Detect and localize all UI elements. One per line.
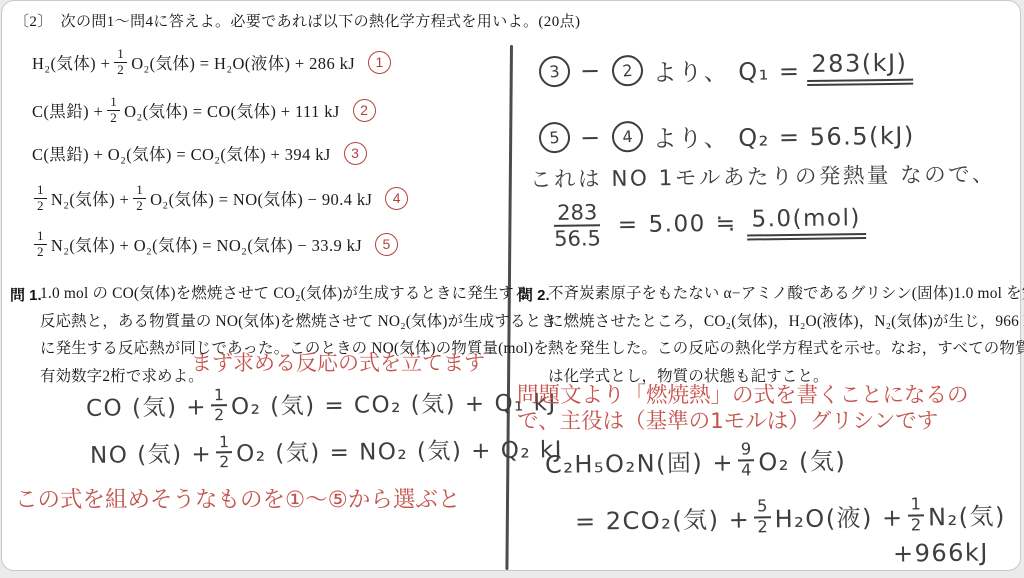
problem1-line: 1.0 mol の CO(気体)を燃焼させて CO₂(気体)が生成するときに発生… [40,280,557,308]
hw-calc-mol: 28356.5 = 5.00 ≒ 5.0(mol) [547,197,867,251]
problem1-line: 反応熱と，ある物質量の NO(気体)を燃焼させて NO₂(気体)が生成するとき [40,308,557,336]
hw-co-lead: CO (気) + [86,389,207,423]
hw-glycine-fraction-94: 94 [738,440,755,480]
hw-co-fraction: 12 [211,386,227,424]
eq4-fraction-2: 12 [133,183,146,214]
eq2-rest: O₂(気体) = CO(気体) + 111 kJ [124,98,340,122]
problem2-line: に燃焼させたところ，CO₂(気体)，H₂O(液体)，N₂(気体)が生じ，966 … [548,308,1024,336]
hw-glycine-lhs-rest: O₂ (気) [758,441,846,477]
eq1-number-icon: 1 [368,51,391,74]
hw-glycine-fraction-52: 52 [754,497,771,537]
hw-q1-result: 283(kJ) [806,49,912,86]
hw-mol-result: 5.0(mol) [746,205,866,240]
hw-glycine-fraction-12: 12 [907,495,924,535]
hw-calc-q1-mid: より、 Q₁ = [652,51,800,88]
red-annotation-setup: まず求める反応の式を立てます [191,347,485,377]
hw-approx: ≒ [716,211,737,237]
eq1-lead: H₂(気体) + [32,50,110,74]
worksheet-page: 〔2〕 次の問1〜問4に答えよ。必要であれば以下の熱化学方程式を用いよ。(20点… [1,0,1021,571]
hw-glycine-lead: C₂H₅O₂N(固) + [545,443,734,480]
hw-no-equation: NO (気) + 12 O₂ (気) = NO₂ (気) + Q₂ kJ [90,429,563,473]
problem2-line: 不斉炭素原子をもたない α−アミノ酸であるグリシン(固体)1.0 mol を完全 [548,280,1024,308]
eq1-rest: O₂(気体) = H₂O(液体) + 286 kJ [131,50,355,74]
worksheet-photo: { "header": { "title": "〔2〕 次の問1〜問4に答えよ。… [0,0,1024,578]
eq5-rest: N₂(気体) + O₂(気体) = NO₂(気体) − 33.9 kJ [51,232,362,256]
hw-minus: − [580,56,602,84]
hw-circle-5-icon: 5 [538,121,571,154]
hw-glycine-rhs-mid: H₂O(液) + [774,498,903,535]
eq5-number-icon: 5 [375,233,398,256]
hw-glycine-lhs: C₂H₅O₂N(固) + 94 O₂ (気) [545,439,847,482]
hw-co-rest: O₂ (気) = CO₂ (気) + Q₁ kJ [231,385,557,422]
eq2-lead: C(黒鉛) + [32,98,103,122]
hw-note-per-mol: これは NO 1モルあたりの発熱量 なので、 [530,157,996,194]
hw-minus: − [580,123,602,151]
problem2-text: 不斉炭素原子をもたない α−アミノ酸であるグリシン(固体)1.0 mol を完全… [548,280,1024,390]
hw-glycine-rhs-rest: N₂(気) [928,497,1006,533]
hw-glycine-rhs-lead: = 2CO₂(気) + [575,500,751,537]
hw-no-fraction: 12 [216,433,232,471]
problem2-line: 熱を発生した。この反応の熱化学方程式を示せ。なお，すべての物質の表記 [548,335,1024,363]
hw-mol-value: 5.00 [648,211,706,238]
hw-circle-4-icon: 4 [610,120,643,153]
hw-circle-2-icon: 2 [610,53,643,86]
eq2-number-icon: 2 [353,99,376,122]
eq2-fraction: 12 [107,95,120,126]
red-annotation-combustion-line2: で、主役は（基準の1モルは）グリシンです [517,409,969,435]
hw-no-lead: NO (気) + [90,436,213,470]
red-annotation-choose: この式を組めそうなものを①〜⑤から選ぶと [15,482,460,514]
section-header: 〔2〕 次の問1〜問4に答えよ。必要であれば以下の熱化学方程式を用いよ。(20点… [14,10,580,31]
thermo-eq-5: 12 N₂(気体) + O₂(気体) = NO₂(気体) − 33.9 kJ 5 [30,223,398,265]
red-annotation-combustion-line1: 問題文より「燃焼熱」の式を書くことになるの [517,383,969,409]
hw-calc-q2-mid: より、 Q₂ = 56.5(kJ) [652,116,915,154]
hw-glycine-heat: +966kJ [893,538,989,567]
eq4-mid: N₂(気体) + [51,186,129,210]
eq4-number-icon: 4 [385,187,408,210]
thermo-eq-2: C(黒鉛) + 12 O₂(気体) = CO(気体) + 111 kJ 2 [32,89,376,131]
eq5-fraction: 12 [34,229,47,260]
eq1-fraction: 12 [114,47,127,78]
hw-calc-q1: 3 − 2 より、 Q₁ = 283(kJ) [535,49,913,90]
hw-glycine-rhs: = 2CO₂(気) + 52 H₂O(液) + 12 N₂(気) [575,494,1006,539]
hw-circle-3-icon: 3 [538,54,571,87]
eq3-lead: C(黒鉛) + O₂(気体) = CO₂(気体) + 394 kJ [32,141,331,165]
red-annotation-combustion: 問題文より「燃焼熱」の式を書くことになるの で、主役は（基準の1モルは）グリシン… [517,383,969,434]
problem2-label: 問 2. [518,284,550,305]
thermo-eq-3: C(黒鉛) + O₂(気体) = CO₂(気体) + 394 kJ 3 [32,140,367,166]
hw-no-rest: O₂ (気) = NO₂ (気) + Q₂ kJ [236,432,563,469]
eq3-number-icon: 3 [344,142,367,165]
problem1-label: 問 1. [10,284,42,305]
eq4-rest: O₂(気体) = NO(気体) − 90.4 kJ [150,186,372,210]
thermo-eq-4: 12 N₂(気体) + 12 O₂(気体) = NO(気体) − 90.4 kJ… [30,177,408,219]
hw-equals: = [618,212,639,238]
hw-mol-fraction: 28356.5 [551,200,604,251]
hw-calc-q2: 5 − 4 より、 Q₂ = 56.5(kJ) [535,116,915,156]
thermo-eq-1: H₂(気体) + 12 O₂(気体) = H₂O(液体) + 286 kJ 1 [32,41,391,83]
hw-co-equation: CO (気) + 12 O₂ (気) = CO₂ (気) + Q₁ kJ [86,382,557,426]
eq4-fraction-1: 12 [34,183,47,214]
